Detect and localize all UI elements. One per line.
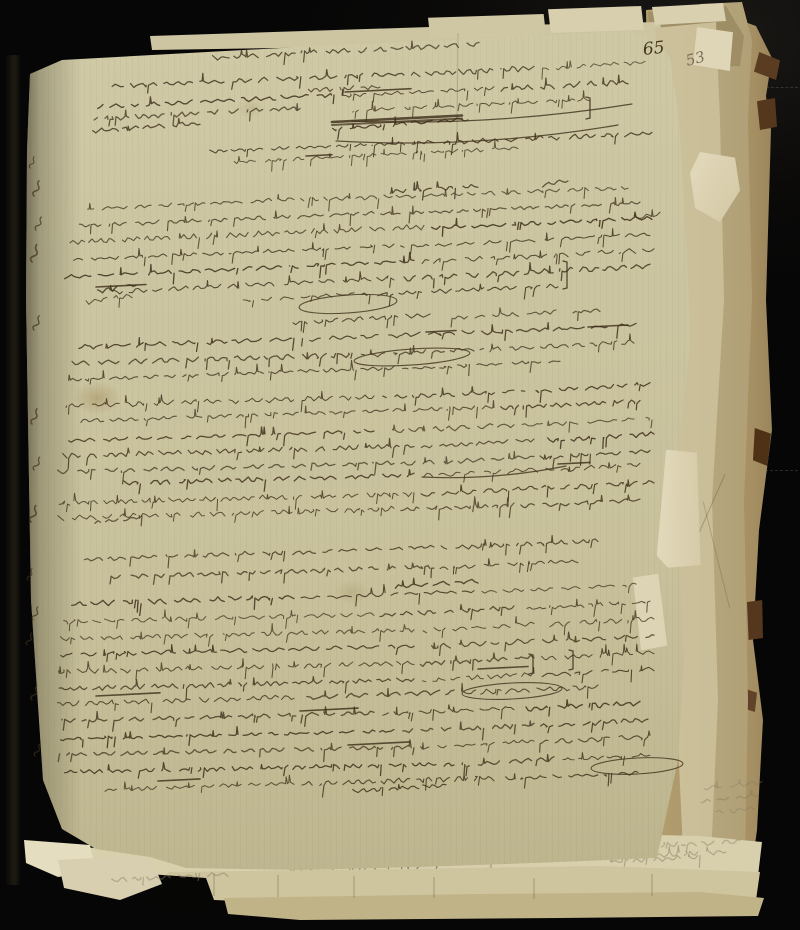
leather-fragment	[753, 428, 771, 466]
book-spine-edge	[6, 55, 20, 885]
top-page-tab	[548, 6, 644, 33]
top-page-tab	[428, 14, 546, 39]
leather-fragment	[747, 600, 763, 640]
leather-fragment	[757, 98, 777, 130]
manuscript-photo: ALC + 402 | DZ-2 65 53	[0, 0, 800, 930]
repair-patch	[693, 27, 733, 71]
